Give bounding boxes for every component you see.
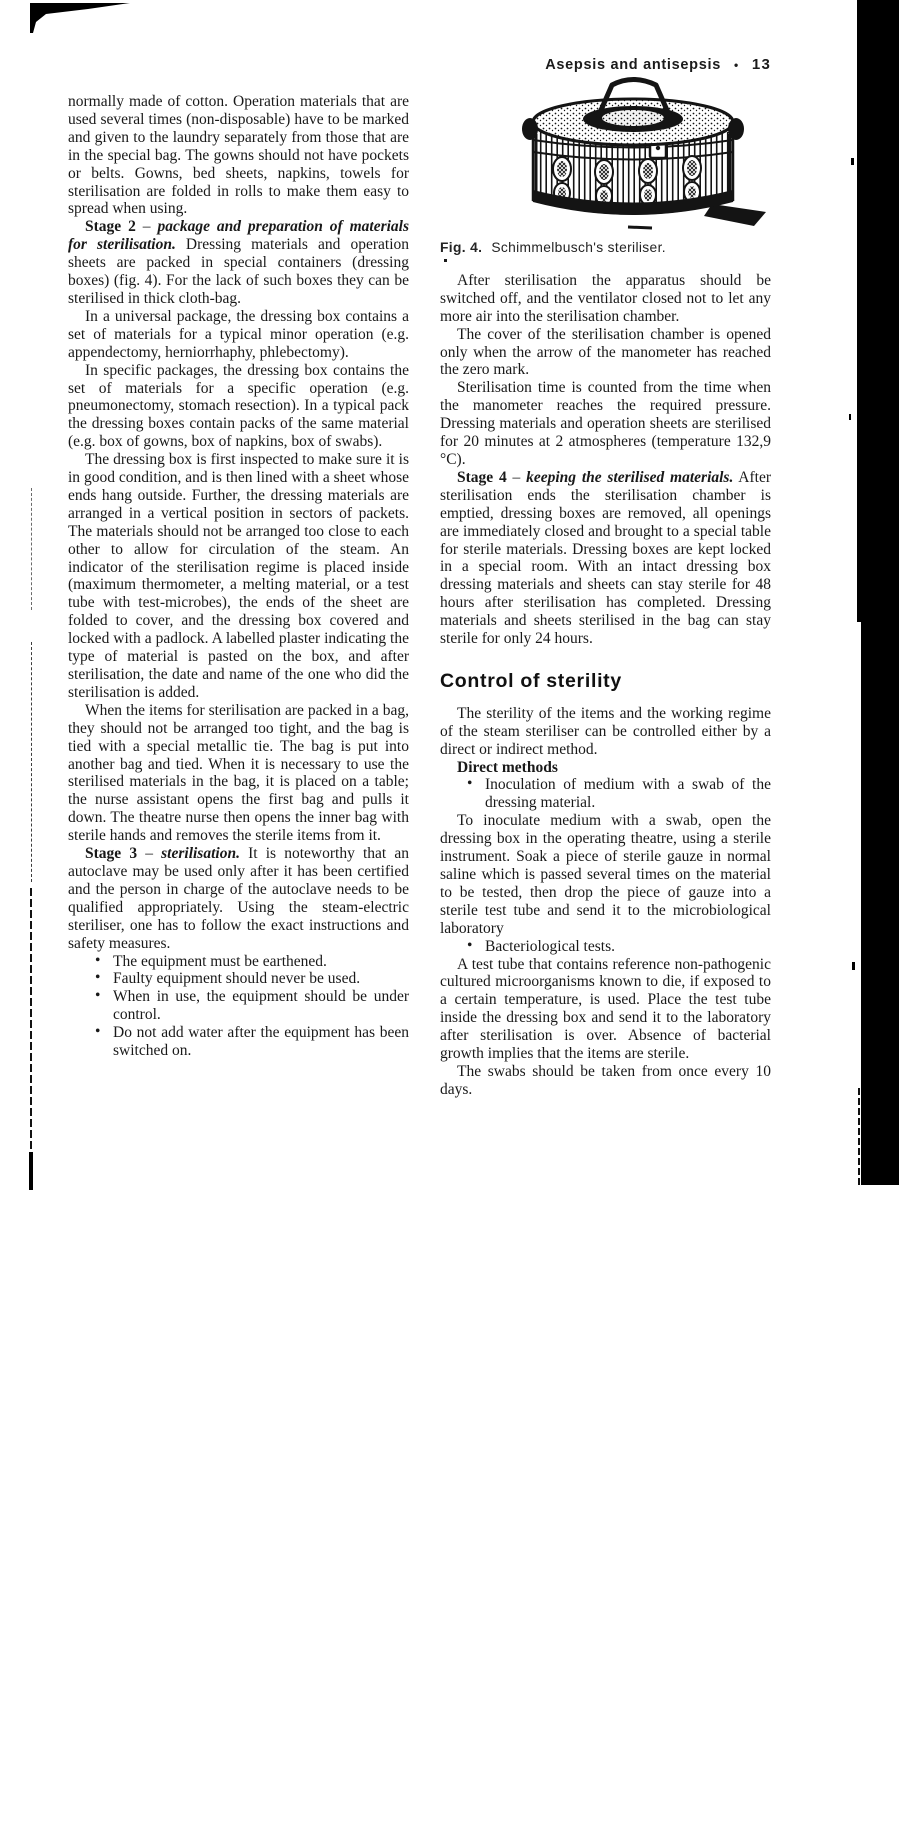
figure-label: Fig. 4. bbox=[440, 240, 482, 255]
page-number: 13 bbox=[752, 56, 771, 73]
paragraph-stage-4: Stage 4 – keeping the sterilised materia… bbox=[440, 469, 771, 648]
book-page: Asepsis and antisepsis•13 normally made … bbox=[0, 0, 899, 1836]
direct-methods-list: Bacteriological tests. bbox=[440, 938, 771, 956]
paragraph-stage-2: Stage 2 – package and preparation of mat… bbox=[68, 218, 409, 308]
scan-speck bbox=[849, 414, 851, 420]
direct-method-item-inoculation: Inoculation of medium with a swab of the… bbox=[467, 776, 771, 812]
paragraph-stage-3: Stage 3 – sterilisation. It is noteworth… bbox=[68, 845, 409, 952]
stage-3-label: Stage 3 bbox=[85, 845, 137, 862]
paragraph-sterilisation-time: Sterilisation time is counted from the t… bbox=[440, 379, 771, 469]
scan-artifact-gutter-line bbox=[31, 642, 32, 882]
paragraph-dressing-box-preparation: The dressing box is first inspected to m… bbox=[68, 451, 409, 702]
scan-artifact-right-bar bbox=[857, 0, 899, 622]
direct-methods-list: Inoculation of medium with a swab of the… bbox=[440, 776, 771, 812]
scan-artifact-top-left-wedge bbox=[28, 0, 138, 38]
safety-measure-item: When in use, the equipment should be und… bbox=[95, 988, 409, 1024]
scan-artifact-gutter-line bbox=[29, 1152, 33, 1190]
section-heading-control-of-sterility: Control of sterility bbox=[440, 673, 771, 691]
figure-caption: Fig. 4.Schimmelbusch's steriliser. bbox=[440, 239, 771, 257]
direct-method-item-bacteriological: Bacteriological tests. bbox=[467, 938, 771, 956]
text-run: After sterilisation ends the sterilisati… bbox=[440, 469, 771, 647]
separator-dot: • bbox=[734, 58, 739, 72]
paragraph-bag-packing: When the items for sterilisation are pac… bbox=[68, 702, 409, 845]
paragraph-cover-opening: The cover of the sterilisation chamber i… bbox=[440, 326, 771, 380]
text-run: – bbox=[137, 845, 161, 862]
scan-speck bbox=[851, 158, 854, 165]
subheading-direct-methods: Direct methods bbox=[440, 759, 771, 777]
figure-steriliser: Fig. 4.Schimmelbusch's steriliser. bbox=[440, 72, 771, 257]
scan-speck bbox=[852, 962, 855, 970]
paragraph-after-sterilisation: After sterilisation the apparatus should… bbox=[440, 272, 771, 326]
steriliser-engraving bbox=[500, 72, 772, 230]
safety-measure-item: Do not add water after the equipment has… bbox=[95, 1024, 409, 1060]
safety-measures-list: The equipment must be earthened. Faulty … bbox=[68, 953, 409, 1060]
scan-speck bbox=[858, 1088, 860, 1186]
stage-4-title: keeping the sterilised materials. bbox=[526, 469, 733, 486]
paragraph-universal-package: In a universal package, the dressing box… bbox=[68, 308, 409, 362]
left-column: normally made of cotton. Operation mater… bbox=[68, 93, 409, 1060]
text-run: – bbox=[136, 218, 158, 235]
stage-3-title: sterilisation. bbox=[161, 845, 240, 862]
paragraph-continued: normally made of cotton. Operation mater… bbox=[68, 93, 409, 218]
stage-2-label: Stage 2 bbox=[85, 218, 136, 235]
safety-measure-item: Faulty equipment should never be used. bbox=[95, 970, 409, 988]
paragraph-specific-packages: In specific packages, the dressing box c… bbox=[68, 362, 409, 452]
paragraph-inoculation-procedure: To inoculate medium with a swab, open th… bbox=[440, 812, 771, 937]
figure-caption-text: Schimmelbusch's steriliser. bbox=[491, 240, 666, 255]
text-run: – bbox=[507, 469, 526, 486]
chapter-title: Asepsis and antisepsis bbox=[545, 57, 721, 73]
right-column: Fig. 4.Schimmelbusch's steriliser. After… bbox=[440, 72, 771, 1099]
paragraph-sterility-control-intro: The sterility of the items and the worki… bbox=[440, 705, 771, 759]
stage-4-label: Stage 4 bbox=[457, 469, 507, 486]
running-header: Asepsis and antisepsis•13 bbox=[440, 56, 773, 73]
scan-artifact-gutter-line bbox=[30, 888, 32, 1152]
paragraph-bacteriological-test: A test tube that contains reference non-… bbox=[440, 956, 771, 1063]
safety-measure-item: The equipment must be earthened. bbox=[95, 953, 409, 971]
scan-artifact-right-bar-lower bbox=[861, 622, 899, 1185]
scan-artifact-gutter-line bbox=[31, 488, 32, 610]
paragraph-swab-frequency: The swabs should be taken from once ever… bbox=[440, 1063, 771, 1099]
